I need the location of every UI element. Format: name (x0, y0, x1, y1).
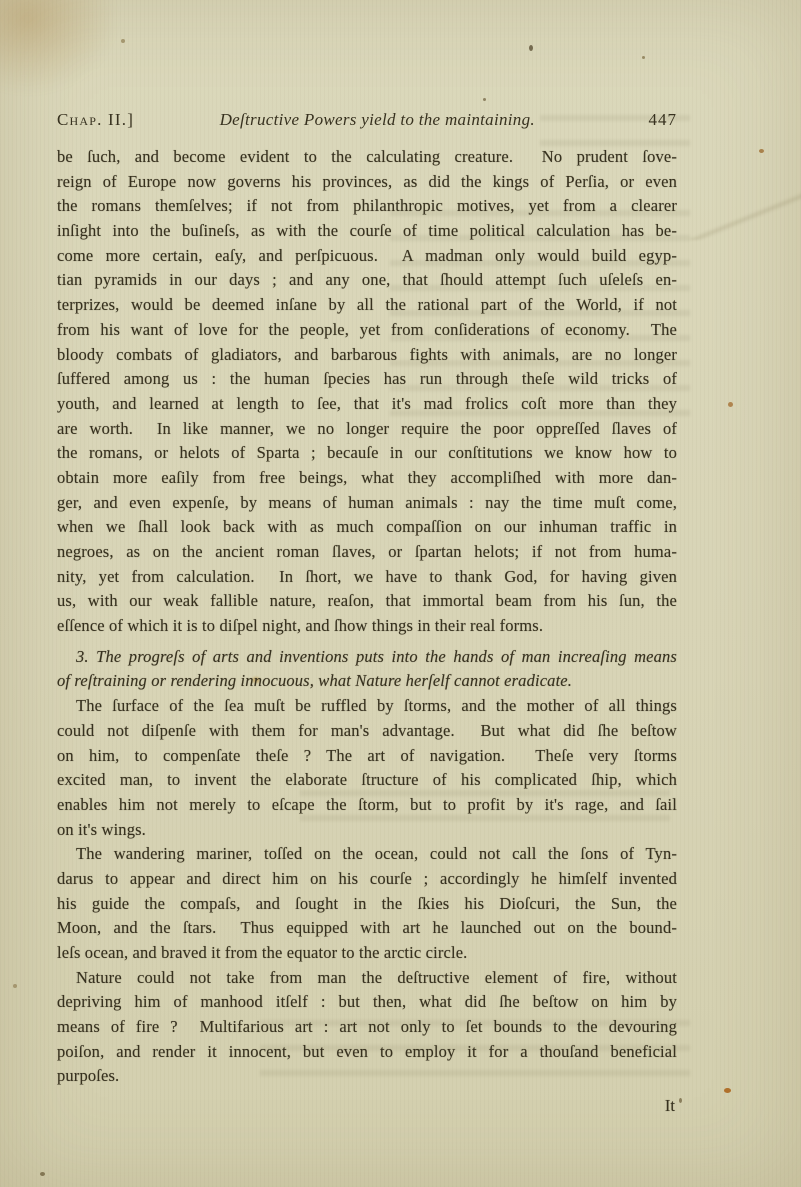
text-line: be ſuch, and become evident to the calcu… (57, 145, 677, 170)
text-line: nity, yet from calculation. In ſhort, we… (57, 565, 677, 590)
text-line: the romans themſelves; if not from phila… (57, 194, 677, 219)
text-line: reign of Europe now governs his province… (57, 170, 677, 195)
book-page: Chap. II.] Deſtructive Powers yield to t… (0, 0, 801, 1187)
text-line: eſſence of which it is to diſpel night, … (57, 614, 677, 639)
text-line: on it's wings. (57, 818, 677, 843)
paragraph-fire-art: Nature could not take from man the deſtr… (57, 966, 677, 1089)
text-line: excited man, to invent the elaborate ſtr… (57, 768, 677, 793)
text-line: youth, and learned at length to ſee, tha… (57, 392, 677, 417)
foxing-spot (728, 402, 733, 407)
chapter-label: Chap. II.] (57, 110, 134, 130)
text-line: Moon, and the ſtars. Thus equipped with … (57, 916, 677, 941)
foxing-spot (679, 1098, 682, 1103)
text-line: tian pyramids in our days ; and any one,… (57, 268, 677, 293)
foxing-spot (40, 1172, 45, 1176)
foxing-spot (483, 98, 486, 101)
foxing-spot (13, 984, 17, 988)
page-header: Chap. II.] Deſtructive Powers yield to t… (57, 110, 677, 136)
text-line: purpoſes. (57, 1064, 677, 1089)
text-line: Nature could not take from man the deſtr… (57, 966, 677, 991)
text-line: from his want of love for the people, ye… (57, 318, 677, 343)
text-line: enables him not merely to eſcape the ſto… (57, 793, 677, 818)
text-line: depriving him of manhood itſelf : but th… (57, 990, 677, 1015)
text-line: obtain more eaſily from free beings, wha… (57, 466, 677, 491)
catchword: It (57, 1096, 677, 1116)
page-body: be ſuch, and become evident to the calcu… (57, 145, 677, 1089)
text-line: ger, and even expenſe, by means of human… (57, 491, 677, 516)
text-line: come more certain, eaſy, and perſpicuous… (57, 244, 677, 269)
paragraph-continuation: be ſuch, and become evident to the calcu… (57, 145, 677, 639)
paragraph-storms-navigation: The ſurface of the ſea muſt be ruffled b… (57, 694, 677, 842)
foxing-spot (529, 45, 533, 51)
foxing-spot (759, 149, 764, 153)
text-line: darus to appear and direct him on his co… (57, 867, 677, 892)
text-line: the romans, or helots of Sparta ; becauſ… (57, 441, 677, 466)
text-line: on him, to compenſate theſe ? The art of… (57, 744, 677, 769)
text-line: us, with our weak fallible nature, reaſo… (57, 589, 677, 614)
page-number: 447 (648, 110, 677, 130)
foxing-spot (121, 39, 125, 43)
corner-smudge (0, 0, 125, 100)
text-line: means of fire ? Multifarious art : art n… (57, 1015, 677, 1040)
foxing-spot (642, 56, 645, 59)
text-line: are worth. In like manner, we no longer … (57, 417, 677, 442)
text-block: Chap. II.] Deſtructive Powers yield to t… (57, 110, 677, 1116)
text-line: negroes, as on the ancient roman ſlaves,… (57, 540, 677, 565)
section-3-heading: 3. The progreſs of arts and inventions p… (57, 645, 677, 694)
text-line: of reſtraining or rendering innocuous, w… (57, 669, 677, 694)
text-line: ſuffered among us : the human ſpecies ha… (57, 367, 677, 392)
text-line: bloody combats of gladiators, and barbar… (57, 343, 677, 368)
foxing-spot (724, 1088, 731, 1093)
text-line: The ſurface of the ſea muſt be ruffled b… (57, 694, 677, 719)
text-line: his guide the compaſs, and ſought in the… (57, 892, 677, 917)
text-line: inſight into the buſineſs, as with the c… (57, 219, 677, 244)
text-line: The wandering mariner, toſſed on the oce… (57, 842, 677, 867)
paragraph-mariner-compass: The wandering mariner, toſſed on the oce… (57, 842, 677, 965)
running-title: Deſtructive Powers yield to the maintain… (220, 110, 535, 130)
text-line: leſs ocean, and braved it from the equat… (57, 941, 677, 966)
text-line: when we ſhall look back with as much com… (57, 515, 677, 540)
text-line: could not diſpenſe with them for man's a… (57, 719, 677, 744)
text-line: terprizes, would be deemed inſane by all… (57, 293, 677, 318)
text-line: poiſon, and render it innocent, but even… (57, 1040, 677, 1065)
text-line: 3. The progreſs of arts and inventions p… (57, 645, 677, 670)
paper-crease (690, 190, 801, 240)
